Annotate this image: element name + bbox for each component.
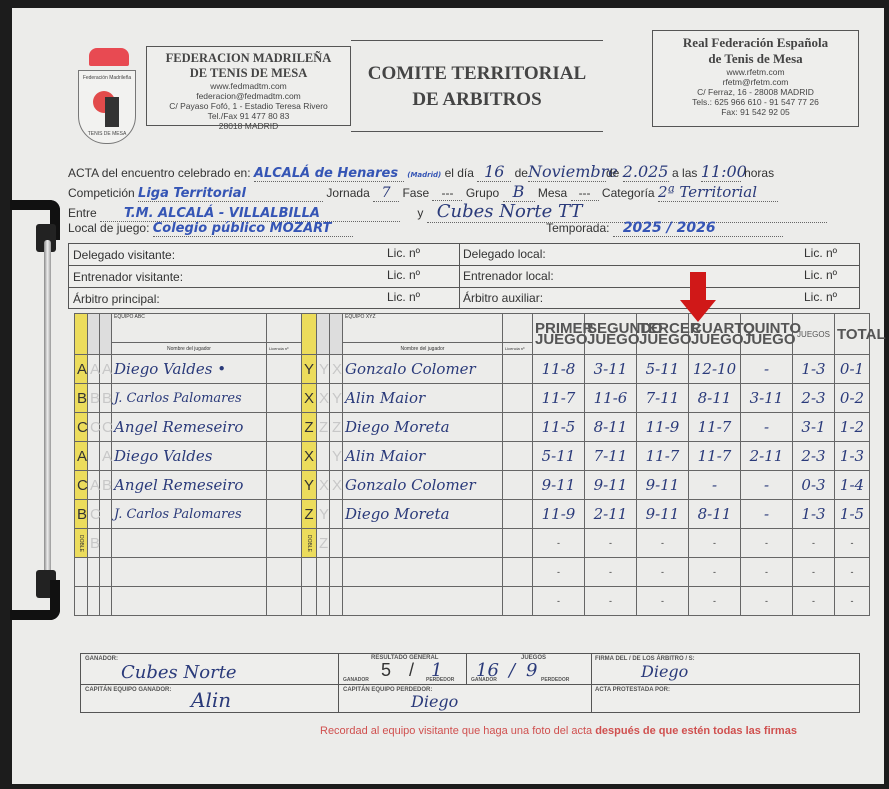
local-field[interactable]: Colegio público MOZART (153, 221, 353, 237)
abc-player-name[interactable]: Angel Remeseiro (112, 471, 267, 500)
xyz-player-name[interactable]: Alin Maior (343, 442, 503, 471)
games-loser-score[interactable]: 9 (526, 660, 537, 681)
team-xyz-header: EQUIPO XYZ (343, 314, 503, 343)
abc-player-name[interactable]: Diego Valdes • (112, 355, 267, 384)
abc-license[interactable] (267, 413, 302, 442)
left-org-box: FEDERACION MADRILEÑA DE TENIS DE MESA ww… (146, 46, 351, 126)
officials-box: Delegado visitante: Lic. nº Entrenador v… (68, 243, 860, 309)
xyz-player-name[interactable]: Gonzalo Colomer (343, 355, 503, 384)
day-field[interactable]: 16 (477, 162, 511, 182)
clipboard-clip (0, 200, 62, 620)
competition-field[interactable]: Liga Territorial (138, 186, 323, 202)
xyz-license[interactable] (503, 471, 533, 500)
game5-header: QUINTO JUEGO (741, 314, 793, 355)
mesa-field[interactable]: --- (571, 186, 599, 201)
match-row[interactable]: C C C Angel Remeseiro Z Z Z Diego Moreta… (75, 413, 870, 442)
right-org-box: Real Federación Española de Tenis de Mes… (652, 30, 859, 127)
fmtm-logo: Federación Madrileña TENIS DE MESA (78, 48, 140, 148)
footer-note: Recordad al equipo visitante que haga un… (320, 725, 797, 737)
grupo-field[interactable]: B (503, 182, 535, 202)
abc-license[interactable] (267, 500, 302, 529)
match-row[interactable]: C A B Angel Remeseiro Y X X Gonzalo Colo… (75, 471, 870, 500)
score-table: EQUIPO ABC EQUIPO XYZ PRIMER JUEGO SEGUN… (74, 313, 870, 616)
abc-license[interactable] (267, 442, 302, 471)
match-row[interactable]: B C J. Carlos Palomares Z Y Diego Moreta… (75, 500, 870, 529)
captain-winner-signature[interactable]: Alin (191, 688, 231, 712)
abc-license[interactable] (267, 471, 302, 500)
time-field[interactable]: 11:00 (701, 162, 741, 182)
venue-city-field[interactable]: ALCALÁ de Henares (254, 166, 404, 182)
captain-loser-signature[interactable]: Diego (411, 692, 458, 711)
temporada-field[interactable]: 2025 / 2026 (613, 220, 783, 237)
crown-icon (89, 48, 129, 66)
center-org-box: COMITE TERRITORIAL DE ARBITROS (351, 40, 603, 132)
game2-header: SEGUNDO JUEGO (585, 314, 637, 355)
month-field[interactable]: Noviembre (528, 162, 606, 182)
match-row[interactable]: - - - - - - - (75, 558, 870, 587)
fase-field[interactable]: --- (432, 186, 462, 201)
abc-player-name[interactable]: Angel Remeseiro (112, 413, 267, 442)
doubles-row[interactable]: DOBLE B DOBLE Z - - - - - - - (75, 529, 870, 558)
match-row[interactable]: A A Diego Valdes X Y Alin Maior 5-11 7-1… (75, 442, 870, 471)
territorial-abc-header (75, 314, 88, 355)
xyz-player-name[interactable]: Diego Moreta (343, 500, 503, 529)
game1-header: PRIMER JUEGO (533, 314, 585, 355)
match-row[interactable]: A A A Diego Valdes • Y Y X Gonzalo Colom… (75, 355, 870, 384)
competition-line: Competición Liga Territorial Jornada 7 F… (68, 182, 778, 202)
winner-field[interactable]: Cubes Norte (121, 662, 237, 683)
xyz-player-name[interactable]: Diego Moreta (343, 413, 503, 442)
abc-player-name[interactable]: J. Carlos Palomares (112, 384, 267, 413)
xyz-license[interactable] (503, 442, 533, 471)
abc-player-name[interactable]: J. Carlos Palomares (112, 500, 267, 529)
total-header: TOTAL (835, 314, 870, 355)
territorial-xyz-header (302, 314, 317, 355)
abc-player-name[interactable] (112, 529, 267, 558)
general-winner-score[interactable]: 5 (381, 660, 391, 681)
xyz-player-name[interactable]: Gonzalo Colomer (343, 471, 503, 500)
abc-player-name[interactable]: Diego Valdes (112, 442, 267, 471)
xyz-player-name[interactable]: Alin Maior (343, 384, 503, 413)
abc-license[interactable] (267, 384, 302, 413)
abc-license[interactable] (267, 355, 302, 384)
xyz-license[interactable] (503, 384, 533, 413)
match-row[interactable]: B B B J. Carlos Palomares X X Y Alin Mai… (75, 384, 870, 413)
local-line: Local de juego: Colegio público MOZART T… (68, 220, 783, 237)
shield-icon: Federación Madrileña TENIS DE MESA (78, 70, 136, 144)
xyz-license[interactable] (503, 500, 533, 529)
categoria-field[interactable]: 2ª Territorial (658, 183, 778, 202)
result-box: GANADOR: Cubes Norte CAPITÁN EQUIPO GANA… (80, 653, 860, 713)
team-abc-header: EQUIPO ABC (112, 314, 267, 343)
xyz-license[interactable] (503, 355, 533, 384)
red-arrow-down-icon (680, 272, 716, 322)
jornada-field[interactable]: 7 (373, 185, 399, 202)
year-field[interactable]: 2.025 (623, 162, 669, 182)
acta-line: ACTA del encuentro celebrado en: ALCALÁ … (68, 162, 774, 182)
match-row[interactable]: - - - - - - - (75, 587, 870, 616)
xyz-license[interactable] (503, 413, 533, 442)
referee-signature[interactable]: Diego (641, 662, 688, 681)
xyz-player-name[interactable] (343, 529, 503, 558)
